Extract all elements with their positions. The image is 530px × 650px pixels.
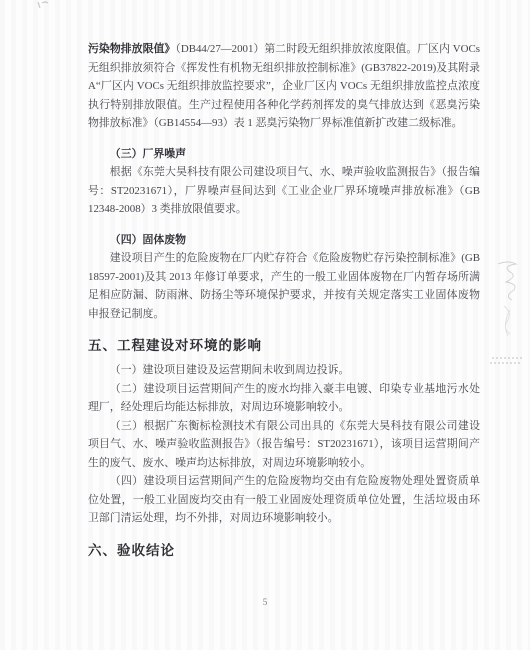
chapter5-item-3: （三）根据广东衡标检测技术有限公司出具的《东莞大昊科技有限公司建设项目气、水、噪… <box>88 417 480 473</box>
paragraph-text: （DB44/27—2001）第二时段无组织排放浓度限值。厂区内 VOCs 无组织… <box>88 43 480 129</box>
document-body: 污染物排放限值》（DB44/27—2001）第二时段无组织排放浓度限值。厂区内 … <box>88 40 480 566</box>
section4-heading: （四）固体废物 <box>88 231 480 250</box>
chapter5-heading: 五、工程建设对环境的影响 <box>88 336 480 356</box>
chapter5-item-2: （二）建设项目运营期间产生的废水均排入豪丰电镀、印染专业基地污水处理厂，经处理后… <box>88 380 480 417</box>
scan-smudge-top <box>30 0 60 18</box>
chapter5-item-4: （四）建设项目运营期间产生的危险废物均交由有危险废物处理处置资质单位处置，一般工… <box>88 472 480 528</box>
paragraph-continuation: 污染物排放限值》（DB44/27—2001）第二时段无组织排放浓度限值。厂区内 … <box>88 40 480 133</box>
scan-smudge-right <box>484 250 530 380</box>
section3-paragraph: 根据《东莞大昊科技有限公司建设项目气、水、噪声验收监测报告》（报告编号：ST20… <box>88 163 480 219</box>
section3-heading: （三）厂界噪声 <box>88 145 480 164</box>
chapter6-heading: 六、验收结论 <box>88 541 480 561</box>
scanned-document-page: 污染物排放限值》（DB44/27—2001）第二时段无组织排放浓度限值。厂区内 … <box>0 0 530 650</box>
page-number: 5 <box>0 598 530 608</box>
section4-paragraph: 建设项目产生的危险废物在厂内贮存符合《危险废物贮存污染控制标准》(GB 1859… <box>88 249 480 323</box>
chapter5-item-1: （一）建设项目建设及运营期间未收到周边投诉。 <box>88 361 480 380</box>
bold-lead-text: 污染物排放限值》 <box>88 43 175 55</box>
